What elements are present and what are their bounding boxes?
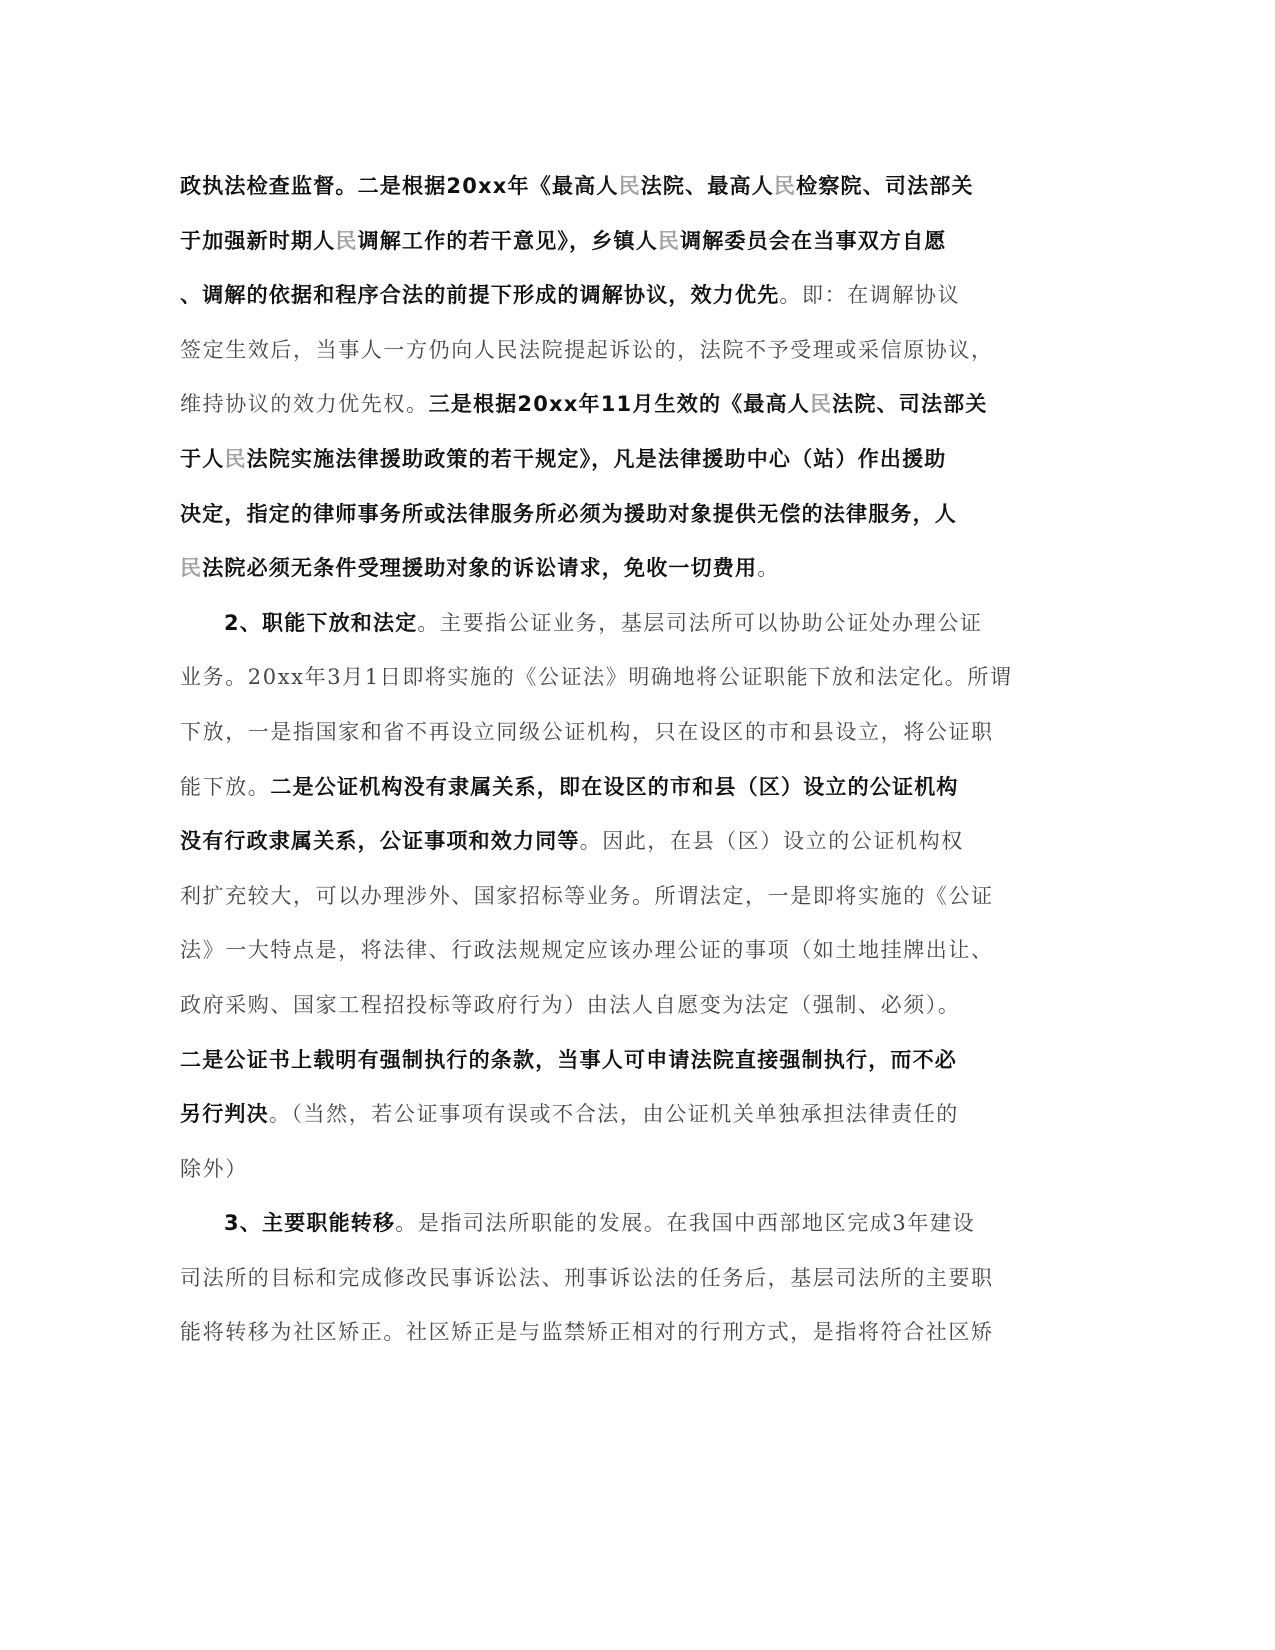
text-line: 法》一大特点是，将法律、行政法规规定应该办理公证的事项（如土地挂牌出让、	[180, 930, 1040, 985]
normal-text: 。	[757, 556, 780, 580]
section-heading: 3、主要职能转移	[224, 1211, 395, 1235]
bold-text: 于人	[180, 447, 224, 471]
text-line: 政执法检查监督。二是根据20xx年《最高人民法院、最高人民检察院、司法部关	[180, 166, 1040, 221]
text-line: 于加强新时期人民调解工作的若干意见》，乡镇人民调解委员会在当事双方自愿	[180, 221, 1040, 276]
faded-char: 民	[335, 229, 357, 253]
text-line: 能下放。二是公证机构没有隶属关系，即在设区的市和县（区）设立的公证机构	[180, 767, 1040, 822]
bold-text: 调解工作的若干意见》，乡镇人	[358, 229, 658, 253]
section-heading-line: 2、职能下放和法定。主要指公证业务，基层司法所可以协助公证处办理公证	[180, 603, 1040, 658]
section-heading-line: 3、主要职能转移。是指司法所职能的发展。在我国中西部地区完成3年建设	[180, 1203, 1040, 1258]
normal-text: 能下放。	[180, 775, 270, 799]
normal-text: 政府采购、国家工程招投标等政府行为）由法人自愿变为法定（强制、必须）。	[180, 993, 961, 1017]
text-line: 民法院必须无条件受理援助对象的诉讼请求，免收一切费用。	[180, 548, 1040, 603]
bold-text: 另行判决	[180, 1102, 269, 1126]
bold-text: 调解委员会在当事双方自愿	[680, 229, 946, 253]
normal-text: 。主要指公证业务，基层司法所可以协助公证处办理公证	[417, 611, 982, 635]
document-page: 政执法检查监督。二是根据20xx年《最高人民法院、最高人民检察院、司法部关 于加…	[180, 166, 1040, 1367]
bold-text: 政执法检查监督。二是根据20xx年《最高人	[180, 174, 619, 198]
faded-char: 民	[658, 229, 680, 253]
bold-text: 法院、司法部关	[832, 392, 987, 416]
normal-text: 。即：在调解协议	[779, 283, 960, 307]
bold-text: 没有行政隶属关系，公证事项和效力同等	[180, 829, 580, 853]
text-line: 政府采购、国家工程招投标等政府行为）由法人自愿变为法定（强制、必须）。	[180, 985, 1040, 1040]
text-line: 利扩充较大，可以办理涉外、国家招标等业务。所谓法定，一是即将实施的《公证	[180, 876, 1040, 931]
bold-text: 、调解的依据和程序合法的前提下形成的调解协议，效力优先	[180, 283, 779, 307]
bold-text: 三是根据20xx年11月生效的《最高人	[429, 392, 810, 416]
text-line: 业务。20xx年3月1日即将实施的《公证法》明确地将公证职能下放和法定化。所谓	[180, 657, 1040, 712]
text-line: 于人民法院实施法律援助政策的若干规定》，凡是法律援助中心（站）作出援助	[180, 439, 1040, 494]
faded-char: 民	[619, 174, 641, 198]
bold-text: 二是公证机构没有隶属关系，即在设区的市和县（区）设立的公证机构	[270, 775, 958, 799]
text-line: 决定，指定的律师事务所或法律服务所必须为援助对象提供无偿的法律服务，人	[180, 494, 1040, 549]
text-line: 另行判决。（当然，若公证事项有误或不合法，由公证机关单独承担法律责任的	[180, 1094, 1040, 1149]
normal-text: 除外）	[180, 1157, 248, 1181]
text-line: 没有行政隶属关系，公证事项和效力同等。因此，在县（区）设立的公证机构权	[180, 821, 1040, 876]
normal-text: 司法所的目标和完成修改民事诉讼法、刑事诉讼法的任务后，基层司法所的主要职	[180, 1266, 994, 1290]
bold-text: 法院必须无条件受理援助对象的诉讼请求，免收一切费用	[202, 556, 757, 580]
bold-text: 二是公证书上载明有强制执行的条款，当事人可申请法院直接强制执行，而不必	[180, 1048, 957, 1072]
normal-text: 。是指司法所职能的发展。在我国中西部地区完成3年建设	[395, 1211, 975, 1235]
bold-text: 检察院、司法部关	[796, 174, 974, 198]
section-heading: 2、职能下放和法定	[224, 611, 417, 635]
faded-char: 民	[224, 447, 246, 471]
normal-text: 。因此，在县（区）设立的公证机构权	[580, 829, 964, 853]
normal-text: 签定生效后，当事人一方仍向人民法院提起诉讼的，法院不予受理或采信原协议，	[180, 338, 994, 362]
text-line: 、调解的依据和程序合法的前提下形成的调解协议，效力优先。即：在调解协议	[180, 275, 1040, 330]
normal-text: 能将转移为社区矫正。社区矫正是与监禁矫正相对的行刑方式，是指将符合社区矫	[180, 1320, 994, 1344]
bold-text: 决定，指定的律师事务所或法律服务所必须为援助对象提供无偿的法律服务，人	[180, 502, 957, 526]
normal-text: 业务。20xx年3月1日即将实施的《公证法》明确地将公证职能下放和法定化。所谓	[180, 665, 1013, 689]
normal-text: 法》一大特点是，将法律、行政法规规定应该办理公证的事项（如土地挂牌出让、	[180, 938, 994, 962]
text-line: 维持协议的效力优先权。三是根据20xx年11月生效的《最高人民法院、司法部关	[180, 384, 1040, 439]
bold-text: 于加强新时期人	[180, 229, 335, 253]
normal-text: 下放，一是指国家和省不再设立同级公证机构，只在设区的市和县设立，将公证职	[180, 720, 994, 744]
text-line: 除外）	[180, 1149, 1040, 1204]
normal-text: 利扩充较大，可以办理涉外、国家招标等业务。所谓法定，一是即将实施的《公证	[180, 884, 994, 908]
bold-text: 法院实施法律援助政策的若干规定》，凡是法律援助中心（站）作出援助	[247, 447, 947, 471]
bold-text: 法院、最高人	[641, 174, 774, 198]
faded-char: 民	[180, 556, 202, 580]
faded-char: 民	[774, 174, 796, 198]
normal-text: 。（当然，若公证事项有误或不合法，由公证机关单独承担法律责任的	[269, 1102, 959, 1126]
text-line: 下放，一是指国家和省不再设立同级公证机构，只在设区的市和县设立，将公证职	[180, 712, 1040, 767]
text-line: 司法所的目标和完成修改民事诉讼法、刑事诉讼法的任务后，基层司法所的主要职	[180, 1258, 1040, 1313]
text-line: 二是公证书上载明有强制执行的条款，当事人可申请法院直接强制执行，而不必	[180, 1040, 1040, 1095]
text-line: 签定生效后，当事人一方仍向人民法院提起诉讼的，法院不予受理或采信原协议，	[180, 330, 1040, 385]
normal-text: 维持协议的效力优先权。	[180, 392, 429, 416]
faded-char: 民	[810, 392, 832, 416]
text-line: 能将转移为社区矫正。社区矫正是与监禁矫正相对的行刑方式，是指将符合社区矫	[180, 1312, 1040, 1367]
